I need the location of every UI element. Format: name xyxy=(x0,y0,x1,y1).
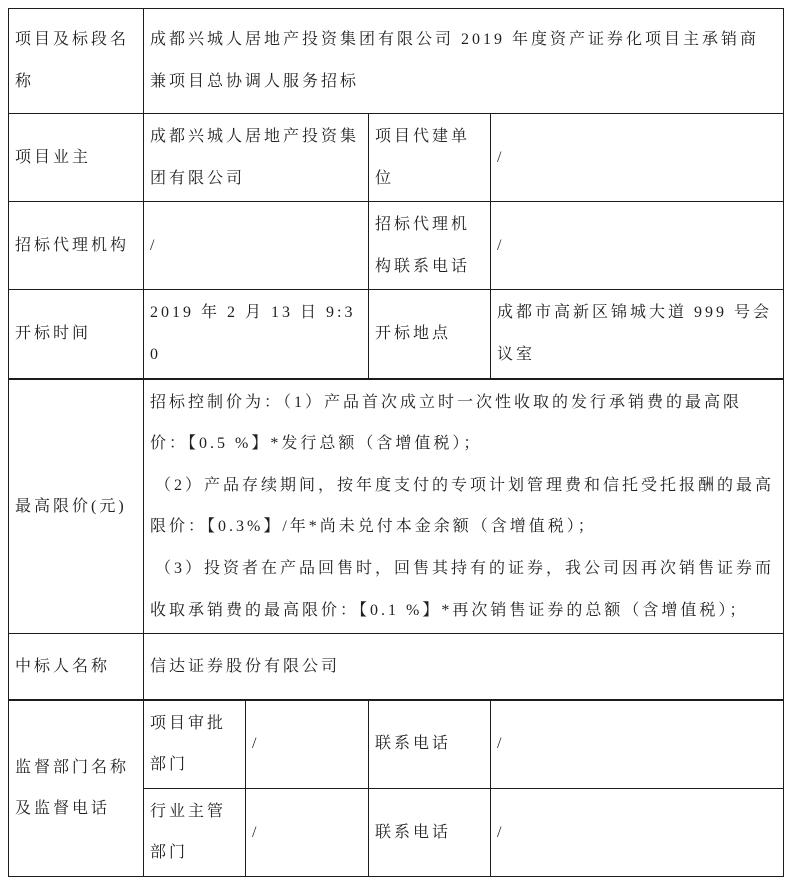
bid-opening-time-value: 2019 年 2 月 13 日 9:30 xyxy=(144,290,369,379)
approval-phone-label: 联系电话 xyxy=(369,700,491,789)
industry-dept-label: 行业主管部门 xyxy=(144,788,246,876)
price-limit-label: 最高限价(元) xyxy=(9,379,144,634)
approval-dept-label: 项目审批部门 xyxy=(144,700,246,789)
project-name-label: 项目及标段名称 xyxy=(9,9,144,114)
tender-result-table: 项目及标段名称 成都兴城人居地产投资集团有限公司 2019 年度资产证券化项目主… xyxy=(8,8,784,877)
price-limit-value: 招标控制价为：（1）产品首次成立时一次性收取的发行承销费的最高限价：【0.5 %… xyxy=(144,379,784,634)
construction-unit-value: / xyxy=(491,114,784,202)
bid-opening-time-label: 开标时间 xyxy=(9,290,144,379)
document-page: 项目及标段名称 成都兴城人居地产投资集团有限公司 2019 年度资产证券化项目主… xyxy=(0,0,791,745)
price-limit-clause-3: （3）投资者在产品回售时，回售其持有的证券，我公司因再次销售证券而收取承销费的最… xyxy=(150,548,777,631)
row-supervision-approval: 监督部门名称及监督电话 项目审批部门 / 联系电话 / xyxy=(9,700,784,789)
approval-phone-value: / xyxy=(491,700,784,789)
price-limit-clause-2: （2）产品存续期间，按年度支付的专项计划管理费和信托受托报酬的最高限价：【0.3… xyxy=(150,465,777,548)
owner-value: 成都兴城人居地产投资集团有限公司 xyxy=(144,114,369,202)
winner-label: 中标人名称 xyxy=(9,634,144,700)
industry-phone-label: 联系电话 xyxy=(369,788,491,876)
agency-value: / xyxy=(144,202,369,290)
bid-opening-place-label: 开标地点 xyxy=(369,290,491,379)
row-project-name: 项目及标段名称 成都兴城人居地产投资集团有限公司 2019 年度资产证券化项目主… xyxy=(9,9,784,114)
row-winner: 中标人名称 信达证券股份有限公司 xyxy=(9,634,784,700)
row-price-limit: 最高限价(元) 招标控制价为：（1）产品首次成立时一次性收取的发行承销费的最高限… xyxy=(9,379,784,634)
row-bid-opening: 开标时间 2019 年 2 月 13 日 9:30 开标地点 成都市高新区锦城大… xyxy=(9,290,784,379)
agency-label: 招标代理机构 xyxy=(9,202,144,290)
construction-unit-label: 项目代建单位 xyxy=(369,114,491,202)
price-limit-clause-1: 招标控制价为：（1）产品首次成立时一次性收取的发行承销费的最高限价：【0.5 %… xyxy=(150,382,777,465)
agency-phone-value: / xyxy=(491,202,784,290)
owner-label: 项目业主 xyxy=(9,114,144,202)
industry-phone-value: / xyxy=(491,788,784,876)
agency-phone-label: 招标代理机构联系电话 xyxy=(369,202,491,290)
project-name-value: 成都兴城人居地产投资集团有限公司 2019 年度资产证券化项目主承销商兼项目总协… xyxy=(144,9,784,114)
supervision-label: 监督部门名称及监督电话 xyxy=(9,700,144,877)
bid-opening-place-value: 成都市高新区锦城大道 999 号会议室 xyxy=(491,290,784,379)
approval-dept-value: / xyxy=(246,700,369,789)
winner-value: 信达证券股份有限公司 xyxy=(144,634,784,700)
row-owner: 项目业主 成都兴城人居地产投资集团有限公司 项目代建单位 / xyxy=(9,114,784,202)
row-agency: 招标代理机构 / 招标代理机构联系电话 / xyxy=(9,202,784,290)
industry-dept-value: / xyxy=(246,788,369,876)
